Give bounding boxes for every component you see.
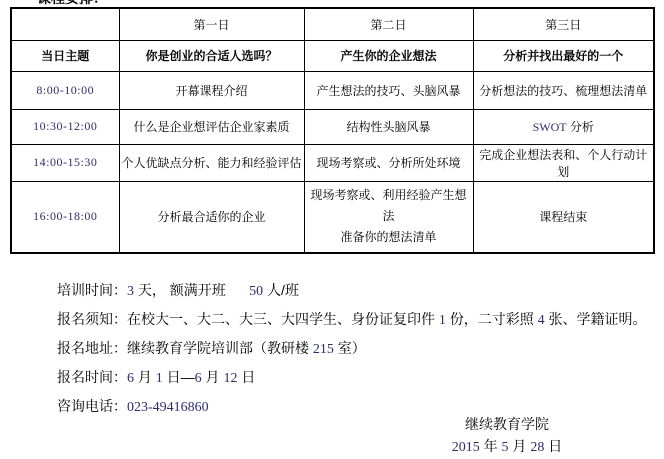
start-day: 1 <box>156 371 163 386</box>
class-size-unit: 人/班 <box>263 282 299 298</box>
start-month: 6 <box>127 371 134 386</box>
signature-block: 继续教育学院 2015 年 5 月 28 日 <box>398 413 616 457</box>
registration-notes-label: 报名须知： <box>57 311 127 327</box>
period-text-2: 月 <box>202 369 224 385</box>
row4-day1: 分析最合适你的企业 <box>119 181 304 253</box>
course-schedule-table: 第一日 第二日 第三日 当日主题 你是创业的合适人选吗？ 产生你的企业想法 分析… <box>10 7 655 254</box>
end-day: 12 <box>223 371 237 386</box>
schedule-row-3: 14:00-15:30 个人优缺点分析、能力和经验评估 现场考察或、分析所处环境… <box>11 144 654 181</box>
date-month-unit: 月 <box>509 438 531 454</box>
period-dash: 日— <box>163 369 195 385</box>
notes-text-3: 张、学籍证明。 <box>545 311 647 327</box>
row1-day1: 开幕课程介绍 <box>119 71 304 109</box>
end-month: 6 <box>195 371 202 386</box>
period-text-1: 月 <box>134 369 156 385</box>
notes-text-1: 在校大一、大二、大三、大四学生、身份证复印件 <box>127 311 439 327</box>
theme-row-label: 当日主题 <box>11 40 119 71</box>
schedule-row-4: 16:00-18:00 分析最合适你的企业 现场考察或、利用经验产生想法 准备你… <box>11 181 654 253</box>
room-number: 215 <box>313 342 334 357</box>
registration-notes-line: 报名须知：在校大一、大二、大三、大四学生、身份证复印件 1 份，二寸彩照 4 张… <box>57 305 647 334</box>
date-year: 2015 <box>452 440 480 455</box>
date-year-unit: 年 <box>480 438 502 454</box>
address-text: 继续教育学院培训部（教研楼 <box>127 340 313 356</box>
row4-day3: 课程结束 <box>473 181 654 253</box>
row4-day2-line1: 现场考察或、利用经验产生想法 <box>307 185 471 227</box>
training-days-value: 3 <box>127 284 134 299</box>
photo-count: 4 <box>538 313 545 328</box>
row1-day3: 分析想法的技巧、梳理想法清单 <box>473 71 654 109</box>
phone-number: 023-49416860 <box>127 400 209 415</box>
time-slot-1: 8:00-10:00 <box>11 71 119 109</box>
time-slot-2: 10:30-12:00 <box>11 109 119 144</box>
page-title-clipped: 课程安排： <box>37 0 127 5</box>
row3-day2: 现场考察或、分析所处环境 <box>304 144 473 181</box>
signing-date: 2015 年 5 月 28 日 <box>398 435 616 457</box>
registration-info-block: 培训时间：3 天， 额满开班 50 人/班 报名须知：在校大一、大二、大三、大四… <box>57 276 647 421</box>
registration-period-line: 报名时间：6 月 1 日—6 月 12 日 <box>57 363 647 392</box>
period-text-3: 日 <box>237 369 255 385</box>
id-copy-count: 1 <box>439 313 446 328</box>
time-slot-4: 16:00-18:00 <box>11 181 119 253</box>
row4-day2-line2: 准备你的想法清单 <box>307 227 471 248</box>
swot-analysis-label: 分析 <box>567 120 594 134</box>
training-time-text: 天， 额满开班 <box>134 282 249 298</box>
date-day-unit: 日 <box>544 438 562 454</box>
theme-day3: 分析并找出最好的一个 <box>473 40 654 71</box>
row2-day1: 什么是企业想评估企业家素质 <box>119 109 304 144</box>
registration-address-label: 报名地址： <box>57 340 127 356</box>
training-time-line: 培训时间：3 天， 额满开班 50 人/班 <box>57 276 647 305</box>
date-day: 28 <box>530 440 544 455</box>
page-title: 课程安排： <box>37 0 127 5</box>
row1-day2: 产生想法的技巧、头脑风暴 <box>304 71 473 109</box>
theme-day1: 你是创业的合适人选吗？ <box>119 40 304 71</box>
notes-text-2: 份，二寸彩照 <box>446 311 538 327</box>
theme-day2: 产生你的企业想法 <box>304 40 473 71</box>
training-time-label: 培训时间： <box>57 282 127 298</box>
row2-day2: 结构性头脑风暴 <box>304 109 473 144</box>
header-day1: 第一日 <box>119 8 304 40</box>
swot-acronym: SWOT <box>533 120 567 134</box>
schedule-row-1: 8:00-10:00 开幕课程介绍 产生想法的技巧、头脑风暴 分析想法的技巧、梳… <box>11 71 654 109</box>
header-day2: 第二日 <box>304 8 473 40</box>
schedule-row-2: 10:30-12:00 什么是企业想评估企业家素质 结构性头脑风暴 SWOT 分… <box>11 109 654 144</box>
phone-label: 咨询电话： <box>57 398 127 414</box>
registration-address-line: 报名地址：继续教育学院培训部（教研楼 215 室） <box>57 334 647 363</box>
date-month: 5 <box>502 440 509 455</box>
registration-period-label: 报名时间： <box>57 369 127 385</box>
row2-day3: SWOT 分析 <box>473 109 654 144</box>
address-suffix: 室） <box>334 340 366 356</box>
row4-day2: 现场考察或、利用经验产生想法 准备你的想法清单 <box>304 181 473 253</box>
theme-row: 当日主题 你是创业的合适人选吗？ 产生你的企业想法 分析并找出最好的一个 <box>11 40 654 71</box>
signing-organization: 继续教育学院 <box>398 413 616 435</box>
corner-cell <box>11 8 119 40</box>
row3-day3: 完成企业想法表和、个人行动计划 <box>473 144 654 181</box>
header-day3: 第三日 <box>473 8 654 40</box>
time-slot-3: 14:00-15:30 <box>11 144 119 181</box>
table-header-row: 第一日 第二日 第三日 <box>11 8 654 40</box>
row3-day1: 个人优缺点分析、能力和经验评估 <box>119 144 304 181</box>
class-size-value: 50 <box>249 284 263 299</box>
